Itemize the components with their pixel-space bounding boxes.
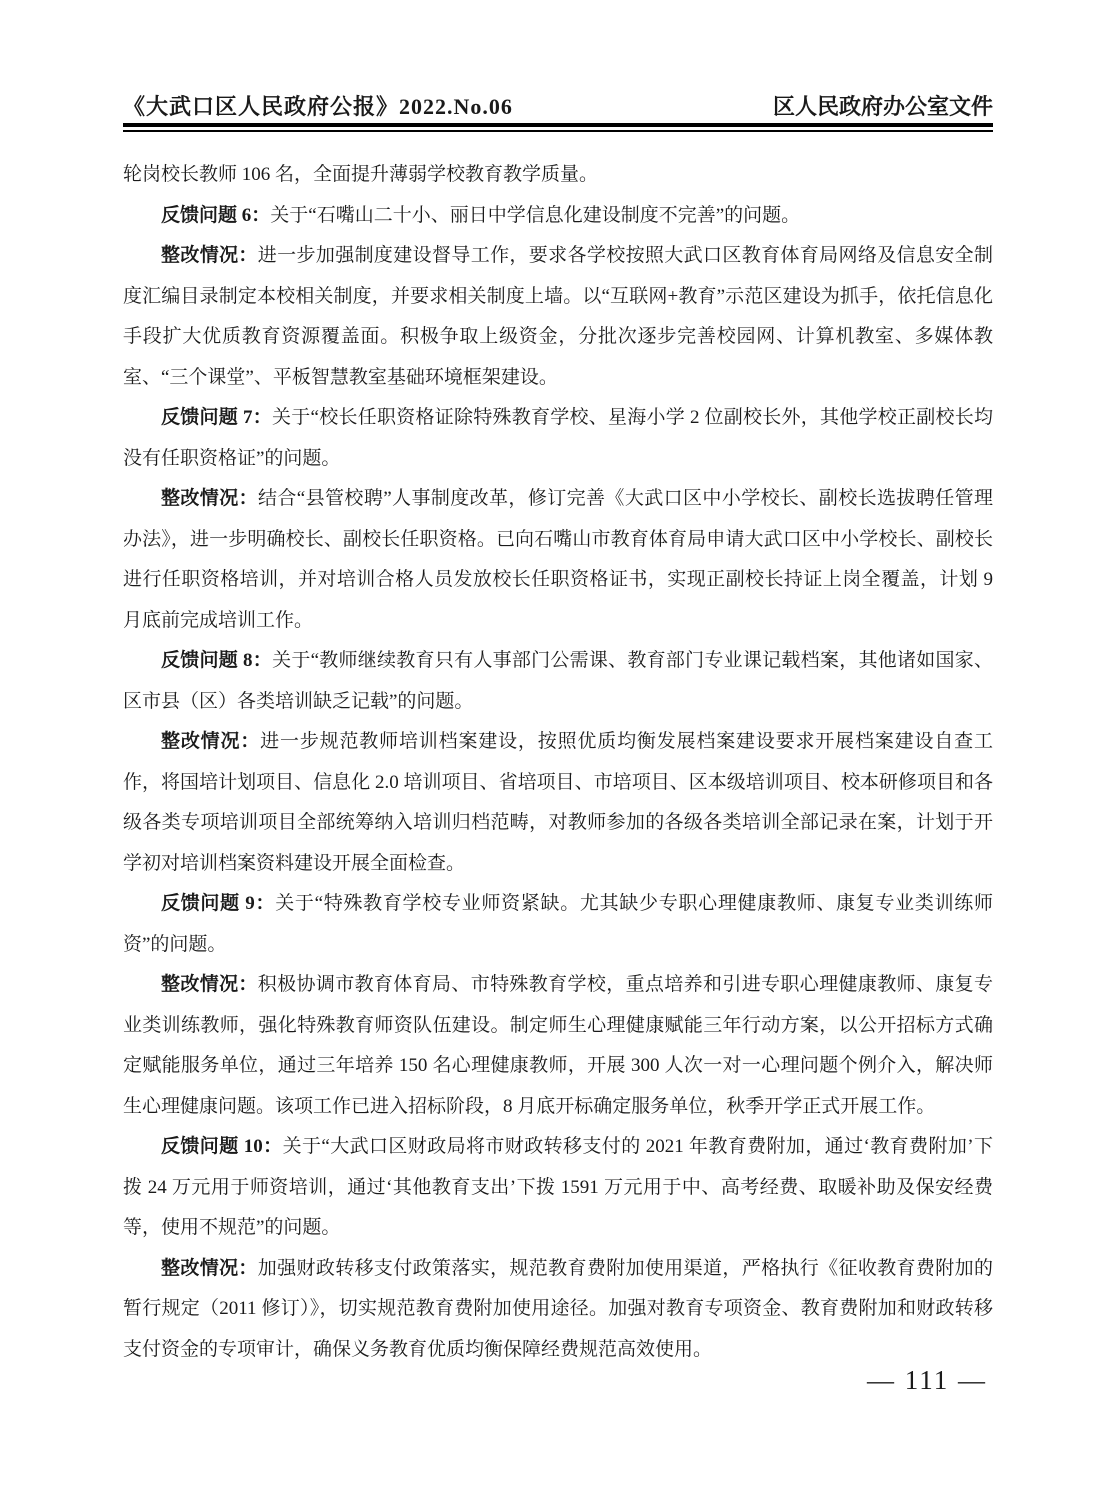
- paragraph: 反馈问题 6：关于“石嘴山二十小、丽日中学信息化建设制度不完善”的问题。: [123, 196, 993, 237]
- paragraph: 整改情况：积极协调市教育体育局、市特殊教育学校，重点培养和引进专职心理健康教师、…: [123, 965, 993, 1127]
- paragraph-lead: 反馈问题 9：: [161, 893, 275, 914]
- paragraph: 轮岗校长教师 106 名，全面提升薄弱学校教育教学质量。: [123, 155, 993, 196]
- document-body: 轮岗校长教师 106 名，全面提升薄弱学校教育教学质量。反馈问题 6：关于“石嘴…: [123, 155, 993, 1370]
- paragraph-lead: 整改情况：: [161, 974, 258, 995]
- paragraph-lead: 整改情况：: [161, 1258, 258, 1279]
- header-double-rule: [123, 123, 993, 127]
- gazette-title: 《大武口区人民政府公报》2022.No.06: [123, 90, 513, 121]
- paragraph-lead: 反馈问题 6：: [161, 205, 270, 226]
- paragraph: 反馈问题 10：关于“大武口区财政局将市财政转移支付的 2021 年教育费附加，…: [123, 1127, 993, 1249]
- paragraph: 整改情况：进一步规范教师培训档案建设，按照优质均衡发展档案建设要求开展档案建设自…: [123, 722, 993, 884]
- paragraph-lead: 整改情况：: [161, 731, 260, 752]
- paragraph-lead: 整改情况：: [161, 488, 258, 509]
- page-header: 《大武口区人民政府公报》2022.No.06 区人民政府办公室文件: [123, 90, 993, 121]
- paragraph: 整改情况：结合“县管校聘”人事制度改革，修订完善《大武口区中小学校长、副校长选拔…: [123, 479, 993, 641]
- paragraph-lead: 整改情况：: [161, 245, 258, 266]
- paragraph-lead: 反馈问题 10：: [161, 1136, 283, 1157]
- paragraph: 反馈问题 8：关于“教师继续教育只有人事部门公需课、教育部门专业课记载档案，其他…: [123, 641, 993, 722]
- paragraph: 反馈问题 9：关于“特殊教育学校专业师资紧缺。尤其缺少专职心理健康教师、康复专业…: [123, 884, 993, 965]
- paragraph-lead: 反馈问题 8：: [161, 650, 272, 671]
- page-number: — 111 —: [867, 1365, 987, 1396]
- document-category-label: 区人民政府办公室文件: [773, 90, 993, 121]
- document-page: 《大武口区人民政府公报》2022.No.06 区人民政府办公室文件 轮岗校长教师…: [0, 0, 1105, 1489]
- paragraph: 整改情况：进一步加强制度建设督导工作，要求各学校按照大武口区教育体育局网络及信息…: [123, 236, 993, 398]
- paragraph: 整改情况：加强财政转移支付政策落实，规范教育费附加使用渠道，严格执行《征收教育费…: [123, 1249, 993, 1371]
- paragraph-lead: 反馈问题 7：: [161, 407, 272, 428]
- paragraph: 反馈问题 7：关于“校长任职资格证除特殊教育学校、星海小学 2 位副校长外，其他…: [123, 398, 993, 479]
